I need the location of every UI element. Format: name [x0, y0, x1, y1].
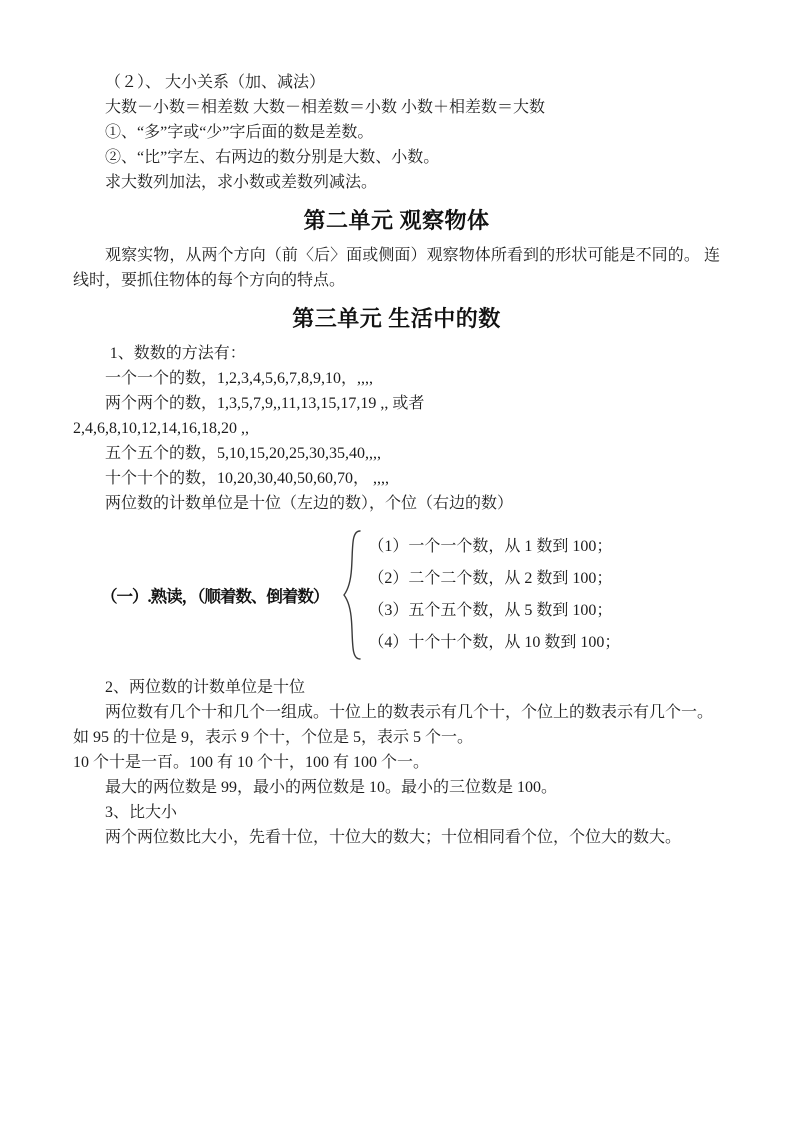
section-unit3: 第三单元 生活中的数 1、数数的方法有： 一个一个的数，1,2,3,4,5,6,… — [73, 304, 720, 850]
paragraph: 10 个十是一百。100 有 10 个十，100 有 100 个一。 — [73, 750, 720, 775]
document-page: （２）、 大小关系（加、减法） 大数－小数＝相差数 大数－相差数＝小数 小数＋相… — [0, 0, 793, 1122]
paragraph: （２）、 大小关系（加、减法） — [73, 70, 720, 95]
paragraph: 求大数列加法，求小数或差数列减法。 — [73, 170, 720, 195]
paragraph: 五个五个的数，5,10,15,20,25,30,35,40,,,, — [73, 441, 720, 466]
brace-diagram: （一）.熟读，（顺着数、倒着数） （1）一个一个数，从 1 数到 100； （2… — [101, 529, 720, 661]
unit2-title: 第二单元 观察物体 — [73, 206, 720, 236]
paragraph: 一个一个的数，1,2,3,4,5,6,7,8,9,10，,,,, — [73, 366, 720, 391]
paragraph: ①、“多”字或“少”字后面的数是差数。 — [73, 120, 720, 145]
paragraph: 最大的两位数是 99，最小的两位数是 10。最小的三位数是 100。 — [73, 775, 720, 800]
brace-item: （1）一个一个数，从 1 数到 100； — [368, 531, 620, 563]
unit3-title: 第三单元 生活中的数 — [73, 304, 720, 334]
paragraph: ②、“比”字左、右两边的数分别是大数、小数。 — [73, 145, 720, 170]
section-unit2: 第二单元 观察物体 观察实物，从两个方向（前〈后〉面或侧面）观察物体所看到的形状… — [73, 206, 720, 293]
section-size-relations: （２）、 大小关系（加、减法） 大数－小数＝相差数 大数－相差数＝小数 小数＋相… — [73, 70, 720, 195]
brace-item: （3）五个五个数，从 5 数到 100； — [368, 595, 620, 627]
paragraph: 2,4,6,8,10,12,14,16,18,20 ,, — [73, 416, 720, 441]
paragraph: 两位数有几个十和几个一组成。十位上的数表示有几个十，个位上的数表示有几个一。 — [73, 700, 720, 725]
brace-item: （4）十个十个数，从 10 数到 100； — [368, 627, 620, 659]
paragraph: 两个两位数比大小，先看十位，十位大的数大；十位相同看个位，个位大的数大。 — [73, 825, 720, 850]
left-curly-brace-icon — [342, 529, 362, 661]
paragraph: 两个两个的数，1,3,5,7,9,,11,13,15,17,19 ,, 或者 — [73, 391, 720, 416]
unit2-paragraph: 观察实物，从两个方向（前〈后〉面或侧面）观察物体所看到的形状可能是不同的。 连线… — [73, 243, 720, 293]
brace-item: （2）二个二个数，从 2 数到 100； — [368, 563, 620, 595]
brace-item-list: （1）一个一个数，从 1 数到 100； （2）二个二个数，从 2 数到 100… — [368, 531, 620, 659]
paragraph: 两位数的计数单位是十位（左边的数），个位（右边的数） — [73, 491, 720, 516]
paragraph: 1、数数的方法有： — [73, 341, 720, 366]
paragraph: 十个十个的数，10,20,30,40,50,60,70， ,,,, — [73, 466, 720, 491]
paragraph: 如 95 的十位是 9，表示 9 个十，个位是 5，表示 5 个一。 — [73, 725, 720, 750]
paragraph: 3、比大小 — [73, 800, 720, 825]
paragraph: 大数－小数＝相差数 大数－相差数＝小数 小数＋相差数＝大数 — [73, 95, 720, 120]
document-body: （２）、 大小关系（加、减法） 大数－小数＝相差数 大数－相差数＝小数 小数＋相… — [73, 70, 720, 850]
brace-diagram-label: （一）.熟读，（顺着数、倒着数） — [101, 583, 328, 607]
paragraph: 2、两位数的计数单位是十位 — [73, 675, 720, 700]
